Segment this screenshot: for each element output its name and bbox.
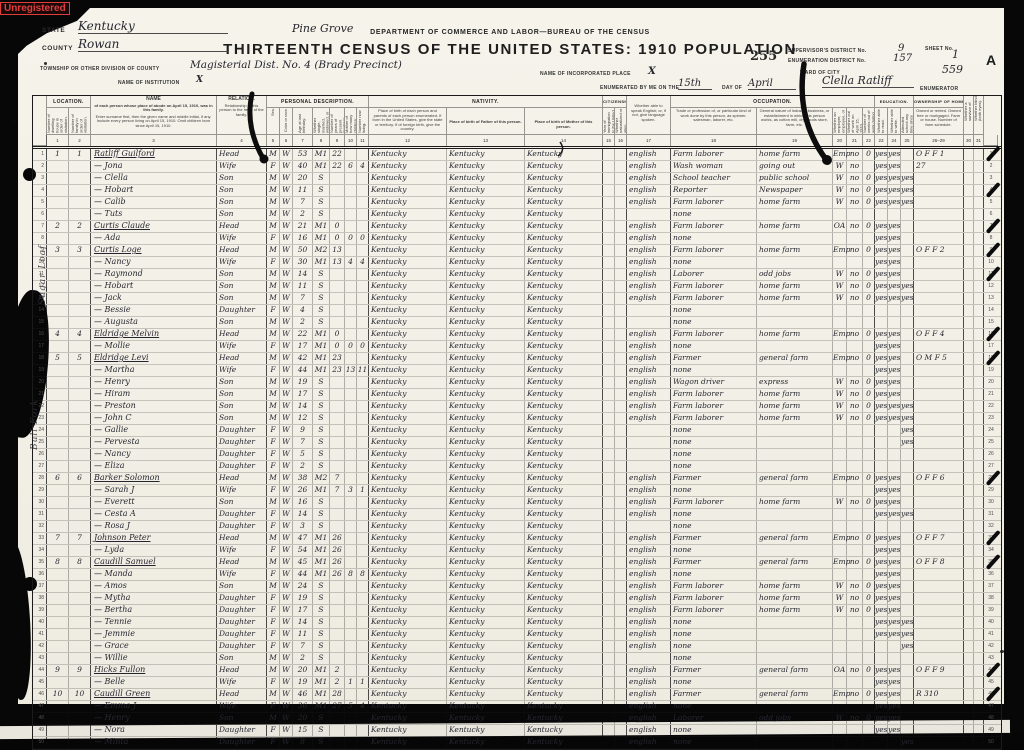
cell-weeks-out — [863, 209, 875, 220]
table-row: 34— LydaWifeFW54M126KentuckyKentuckyKent… — [33, 545, 1001, 557]
cell-children-born — [345, 605, 357, 616]
cell-weeks-out — [863, 701, 875, 712]
cell-immigration-year — [603, 341, 615, 352]
cell-age: 19 — [293, 377, 313, 388]
day-of-label: DAY OF — [722, 85, 742, 91]
cell-occupation: Farm laborer — [671, 329, 757, 340]
table-row: 24— GallieDaughterFW9SKentuckyKentuckyKe… — [33, 425, 1001, 437]
cell-birthplace-father: Kentucky — [447, 365, 525, 376]
cell-children-born — [345, 533, 357, 544]
cell-birthplace: Kentucky — [369, 461, 447, 472]
cell-family: 6 — [69, 473, 91, 484]
cell-write: yes — [888, 605, 901, 616]
cell-industry: general farm — [757, 353, 833, 364]
cell-children-living — [357, 581, 369, 592]
cell-birthplace: Kentucky — [369, 389, 447, 400]
cell-veteran — [964, 437, 974, 448]
cell-birthplace-mother: Kentucky — [525, 533, 603, 544]
cell-industry: general farm — [757, 557, 833, 568]
cell-school — [901, 653, 914, 664]
col-pob-label: Place of birth of this Person. — [369, 133, 446, 135]
cell-dwelling — [47, 569, 69, 580]
cell-school: yes — [901, 629, 914, 640]
cell-out-of-work — [847, 437, 863, 448]
cell-family: 2 — [69, 221, 91, 232]
cell-right-line-number: 42 — [984, 641, 998, 652]
cell-veteran — [964, 605, 974, 616]
cell-occupation: none — [671, 701, 757, 712]
cell-right-line-number: 23 — [984, 413, 998, 424]
cell-right-line-number: 2 — [984, 161, 998, 172]
cell-home-ownership — [914, 221, 964, 232]
cell-write: yes — [888, 269, 901, 280]
cell-veteran — [964, 365, 974, 376]
cell-employer — [833, 545, 847, 556]
cell-school — [901, 389, 914, 400]
cell-line-number: 19 — [33, 365, 47, 376]
cell-birthplace-father: Kentucky — [447, 569, 525, 580]
cell-right-line-number: 11 — [984, 269, 998, 280]
cell-immigration-year — [603, 401, 615, 412]
cell-marital: M1 — [313, 221, 330, 232]
cell-out-of-work — [847, 617, 863, 628]
cell-read — [875, 317, 888, 328]
cell-weeks-out: 0 — [863, 497, 875, 508]
cell-out-of-work: no — [847, 581, 863, 592]
cell-birthplace-father: Kentucky — [447, 713, 525, 724]
cell-out-of-work: no — [847, 593, 863, 604]
tally-slash-mark — [986, 350, 1001, 366]
table-row: 3377Johnson PeterHeadMW47M126KentuckyKen… — [33, 533, 1001, 545]
sheet-value: 1 — [952, 48, 959, 61]
cell-line-number: 46 — [33, 689, 47, 700]
cell-relation: Daughter — [217, 605, 267, 616]
col-pob-father-header: Place of birth of Father of this person. — [447, 108, 525, 135]
cell-industry: home farm — [757, 401, 833, 412]
cell-name: — Emma J — [91, 701, 217, 712]
cell-children-living — [357, 629, 369, 640]
cell-birthplace: Kentucky — [369, 161, 447, 172]
cell-family — [69, 161, 91, 172]
column-number: 19 — [757, 135, 833, 146]
cell-school — [901, 689, 914, 700]
cell-children-living — [357, 593, 369, 604]
cell-industry: home farm — [757, 605, 833, 616]
cell-employer — [833, 365, 847, 376]
col-children-living-header: Number now living. — [357, 108, 369, 135]
cell-years-married — [330, 641, 345, 652]
cell-english: english — [627, 713, 671, 724]
cell-weeks-out — [863, 629, 875, 640]
tally-slash-mark — [986, 530, 1001, 546]
cell-read: yes — [875, 545, 888, 556]
cell-birthplace: Kentucky — [369, 437, 447, 448]
cell-write: yes — [888, 161, 901, 172]
cell-blind — [974, 425, 984, 436]
cell-veteran — [964, 617, 974, 628]
cell-industry — [757, 425, 833, 436]
cell-read: yes — [875, 329, 888, 340]
cell-relation: Daughter — [217, 449, 267, 460]
table-row: 15— AugustaSonMW2SKentuckyKentuckyKentuc… — [33, 317, 1001, 329]
cell-read: yes — [875, 401, 888, 412]
table-row: 461010Caudill GreenHeadMW46M128KentuckyK… — [33, 689, 1001, 701]
cell-home-ownership — [914, 437, 964, 448]
cell-color: W — [280, 473, 293, 484]
cell-out-of-work — [847, 677, 863, 688]
cell-age: 46 — [293, 689, 313, 700]
cell-read: yes — [875, 701, 888, 712]
table-row: 31— Cesta ADaughterFW14SKentuckyKentucky… — [33, 509, 1001, 521]
cell-marital: S — [313, 581, 330, 592]
cell-family — [69, 341, 91, 352]
cell-immigration-year — [603, 329, 615, 340]
cell-naturalized — [615, 509, 627, 520]
cell-children-living — [357, 497, 369, 508]
cell-right-line-number: 19 — [984, 365, 998, 376]
cell-blind — [974, 689, 984, 700]
cell-out-of-work: no — [847, 329, 863, 340]
cell-employer — [833, 677, 847, 688]
cell-birthplace-mother: Kentucky — [525, 365, 603, 376]
cell-school — [901, 701, 914, 712]
cell-veteran — [964, 701, 974, 712]
cell-name: Johnson Peter — [91, 533, 217, 544]
table-row: 42— GraceDaughterFW7SKentuckyKentuckyKen… — [33, 641, 1001, 653]
cell-children-living: 0 — [357, 341, 369, 352]
cell-marital: M1 — [313, 341, 330, 352]
cell-marital: M1 — [313, 161, 330, 172]
cell-out-of-work — [847, 257, 863, 268]
cell-english: english — [627, 233, 671, 244]
cell-relation: Head — [217, 533, 267, 544]
nativity-note: Place of birth of each person and parent… — [369, 108, 446, 133]
cell-color: W — [280, 617, 293, 628]
enumerator-label: ENUMERATOR — [920, 86, 958, 92]
cell-industry — [757, 461, 833, 472]
cell-children-born — [345, 449, 357, 460]
cell-blind — [974, 197, 984, 208]
cell-birthplace-father: Kentucky — [447, 293, 525, 304]
cell-age: 16 — [293, 233, 313, 244]
cell-children-born — [345, 401, 357, 412]
cell-immigration-year — [603, 377, 615, 388]
cell-birthplace-father: Kentucky — [447, 269, 525, 280]
cell-blind — [974, 257, 984, 268]
cell-birthplace: Kentucky — [369, 233, 447, 244]
cell-school: yes — [901, 413, 914, 424]
cell-employer: W — [833, 605, 847, 616]
cell-line-number: 39 — [33, 605, 47, 616]
table-row: 19— MarthaWifeFW44M1231311KentuckyKentuc… — [33, 365, 1001, 377]
cell-children-born — [345, 629, 357, 640]
cell-age: 47 — [293, 533, 313, 544]
cell-industry: home farm — [757, 413, 833, 424]
cell-employer: W — [833, 389, 847, 400]
col-immigration-label: Year of immigration to the United States… — [603, 108, 615, 133]
cell-color: W — [280, 257, 293, 268]
cell-birthplace-mother: Kentucky — [525, 689, 603, 700]
col-sex-label: Sex. — [271, 108, 275, 116]
table-row: 5— CalibSonMW7SKentuckyKentuckyKentuckye… — [33, 197, 1001, 209]
column-number: 23 — [875, 135, 888, 146]
col-pob-mother-label: Place of birth of Mother of this person. — [525, 108, 602, 130]
cell-read: yes — [875, 593, 888, 604]
cell-right-line-number: 39 — [984, 605, 998, 616]
cell-occupation: Farm laborer — [671, 389, 757, 400]
cell-dwelling — [47, 725, 69, 733]
cell-relation: Daughter — [217, 593, 267, 604]
cell-family: 8 — [69, 557, 91, 568]
cell-relation: Son — [217, 653, 267, 664]
cell-line-number: 42 — [33, 641, 47, 652]
cell-english: english — [627, 389, 671, 400]
cell-immigration-year — [603, 221, 615, 232]
cell-family — [69, 545, 91, 556]
col-home-label: Owned or rented. Owned free or mortgaged… — [914, 108, 963, 128]
cell-home-ownership: O M F 5 — [914, 353, 964, 364]
table-row: 29— Sarah JWifeFW26M1731KentuckyKentucky… — [33, 485, 1001, 497]
cell-line-number: 35 — [33, 557, 47, 568]
cell-children-living: 1 — [357, 485, 369, 496]
cell-color: W — [280, 653, 293, 664]
cell-weeks-out — [863, 437, 875, 448]
cell-school — [901, 449, 914, 460]
cell-school: yes — [901, 437, 914, 448]
table-row: 40— TennieDaughterFW14SKentuckyKentuckyK… — [33, 617, 1001, 629]
cell-children-born — [345, 221, 357, 232]
cell-marital: S — [313, 521, 330, 532]
cell-immigration-year — [603, 281, 615, 292]
cell-blind — [974, 389, 984, 400]
cell-employer: Emp — [833, 245, 847, 256]
cell-marital: S — [313, 269, 330, 280]
cell-children-born — [345, 497, 357, 508]
enumerator-name: Clella Ratliff — [822, 74, 914, 88]
cell-relation: Daughter — [217, 629, 267, 640]
cell-english: english — [627, 257, 671, 268]
unregistered-watermark: Unregistered — [0, 2, 70, 15]
cell-write: yes — [888, 665, 901, 676]
cell-sex: M — [267, 533, 280, 544]
cell-line-number: 18 — [33, 353, 47, 364]
cell-years-married — [330, 593, 345, 604]
cell-read: yes — [875, 689, 888, 700]
cell-sex: M — [267, 281, 280, 292]
cell-blind — [974, 293, 984, 304]
cell-out-of-work — [847, 641, 863, 652]
cell-immigration-year — [603, 713, 615, 724]
cell-children-born — [345, 197, 357, 208]
cell-industry: general farm — [757, 533, 833, 544]
cell-naturalized — [615, 341, 627, 352]
cell-home-ownership — [914, 173, 964, 184]
enumerated-month: April — [748, 78, 796, 90]
cell-naturalized — [615, 149, 627, 160]
cell-years-married: 27 — [330, 701, 345, 712]
cell-marital: S — [313, 713, 330, 724]
cell-children-living — [357, 689, 369, 700]
cell-marital: S — [313, 497, 330, 508]
cell-line-number: 43 — [33, 653, 47, 664]
cell-weeks-out — [863, 521, 875, 532]
tally-slash-mark — [986, 470, 1001, 486]
column-number: 12 — [369, 135, 447, 146]
cell-children-living — [357, 437, 369, 448]
cell-color: W — [280, 317, 293, 328]
cell-dwelling: 7 — [47, 533, 69, 544]
cell-employer — [833, 617, 847, 628]
cell-birthplace: Kentucky — [369, 545, 447, 556]
cell-veteran — [964, 461, 974, 472]
cell-weeks-out: 0 — [863, 401, 875, 412]
cell-color: W — [280, 497, 293, 508]
cell-blind — [974, 377, 984, 388]
cell-occupation: Farm laborer — [671, 401, 757, 412]
cell-dwelling — [47, 497, 69, 508]
cell-weeks-out — [863, 161, 875, 172]
cell-out-of-work — [847, 653, 863, 664]
cell-line-number: 11 — [33, 269, 47, 280]
cell-weeks-out: 0 — [863, 149, 875, 160]
cell-home-ownership — [914, 605, 964, 616]
cell-employer: Emp — [833, 689, 847, 700]
cell-blind — [974, 353, 984, 364]
cell-line-number: 38 — [33, 593, 47, 604]
cell-out-of-work: no — [847, 221, 863, 232]
group-name: NAME of each person whose place of abode… — [91, 96, 217, 135]
cell-line-number: 15 — [33, 317, 47, 328]
cell-relation: Head — [217, 665, 267, 676]
cell-weeks-out — [863, 425, 875, 436]
cell-line-number: 41 — [33, 629, 47, 640]
cell-name: — Ada — [91, 233, 217, 244]
cell-children-born — [345, 713, 357, 724]
table-row: 17— MollieWifeFW17M1000KentuckyKentuckyK… — [33, 341, 1001, 353]
cell-birthplace: Kentucky — [369, 425, 447, 436]
cell-occupation: Farmer — [671, 353, 757, 364]
cell-age: 2 — [293, 209, 313, 220]
cell-english — [627, 461, 671, 472]
cell-right-line-number: 28 — [984, 473, 998, 484]
col-home-header: Owned or rented. Owned free or mortgaged… — [914, 108, 964, 135]
cell-dwelling — [47, 281, 69, 292]
cell-children-born — [345, 353, 357, 364]
cell-naturalized — [615, 305, 627, 316]
cell-years-married: 22 — [330, 161, 345, 172]
cell-right-line-number: 48 — [984, 713, 998, 724]
cell-dwelling — [47, 605, 69, 616]
cell-english — [627, 305, 671, 316]
cell-children-born — [345, 209, 357, 220]
cell-school — [901, 209, 914, 220]
cell-name: — Preston — [91, 401, 217, 412]
cell-home-ownership — [914, 725, 964, 733]
table-row: 4— HobartSonMW11SKentuckyKentuckyKentuck… — [33, 185, 1001, 197]
cell-english: english — [627, 161, 671, 172]
cell-name: — Mollie — [91, 341, 217, 352]
cell-out-of-work — [847, 449, 863, 460]
cell-weeks-out — [863, 341, 875, 352]
tally-slash-mark — [986, 218, 1001, 234]
cell-name: — Calib — [91, 197, 217, 208]
cell-line-number: 29 — [33, 485, 47, 496]
cell-naturalized — [615, 317, 627, 328]
cell-birthplace-father: Kentucky — [447, 497, 525, 508]
table-row: 722Curtis ClaudeHeadMW21M10KentuckyKentu… — [33, 221, 1001, 233]
cell-children-born — [345, 665, 357, 676]
cell-dwelling — [47, 341, 69, 352]
cell-birthplace-father: Kentucky — [447, 557, 525, 568]
cell-birthplace-father: Kentucky — [447, 593, 525, 604]
cell-read: yes — [875, 617, 888, 628]
column-number: 16 — [615, 135, 627, 146]
cell-birthplace-mother: Kentucky — [525, 593, 603, 604]
cell-weeks-out: 0 — [863, 281, 875, 292]
cell-sex: F — [267, 641, 280, 652]
cell-veteran — [964, 185, 974, 196]
cell-name: — Henry — [91, 713, 217, 724]
cell-industry — [757, 209, 833, 220]
cell-occupation: none — [671, 461, 757, 472]
cell-marital: M1 — [313, 569, 330, 580]
cell-home-ownership — [914, 641, 964, 652]
cell-birthplace-father: Kentucky — [447, 161, 525, 172]
cell-write — [888, 209, 901, 220]
group-occupation: OCCUPATION. — [671, 96, 875, 108]
cell-blind — [974, 605, 984, 616]
cell-naturalized — [615, 389, 627, 400]
cell-years-married — [330, 509, 345, 520]
cell-age: 36 — [293, 701, 313, 712]
cell-naturalized — [615, 449, 627, 460]
cell-family: 4 — [69, 329, 91, 340]
cell-years-married — [330, 653, 345, 664]
table-row: 1855Eldridge LeviHeadMW42M123KentuckyKen… — [33, 353, 1001, 365]
cell-weeks-out: 0 — [863, 197, 875, 208]
cell-employer: W — [833, 197, 847, 208]
column-number: 10 — [345, 135, 357, 146]
cell-employer — [833, 317, 847, 328]
cell-dwelling — [47, 173, 69, 184]
cell-naturalized — [615, 401, 627, 412]
cell-birthplace-father: Kentucky — [447, 221, 525, 232]
cell-family — [69, 713, 91, 724]
group-relation: RELATION. Relationship of this person to… — [217, 96, 267, 135]
cell-industry: home farm — [757, 197, 833, 208]
cell-blind — [974, 629, 984, 640]
cell-age: 17 — [293, 389, 313, 400]
cell-occupation: none — [671, 341, 757, 352]
cell-veteran — [964, 257, 974, 268]
speck — [12, 120, 16, 124]
column-number: 15 — [603, 135, 615, 146]
tally-slash-mark — [986, 266, 1001, 282]
cell-english: english — [627, 401, 671, 412]
cell-marital: S — [313, 377, 330, 388]
cell-children-living — [357, 461, 369, 472]
cell-veteran — [964, 533, 974, 544]
col-veteran-header: Whether a survivor of the Union or Confe… — [964, 96, 974, 135]
cell-color: W — [280, 161, 293, 172]
cell-birthplace: Kentucky — [369, 629, 447, 640]
cell-dwelling — [47, 413, 69, 424]
cell-birthplace-mother: Kentucky — [525, 485, 603, 496]
cell-veteran — [964, 269, 974, 280]
cell-home-ownership: O F F 6 — [914, 473, 964, 484]
cell-relation: Head — [217, 245, 267, 256]
cell-out-of-work: no — [847, 269, 863, 280]
